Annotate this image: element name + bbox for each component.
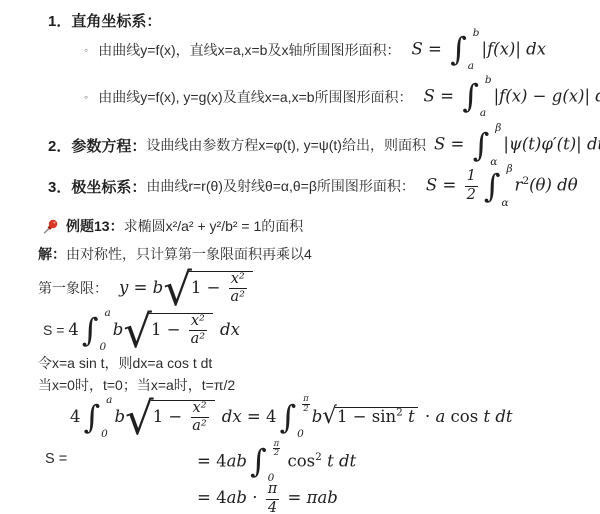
solve-label: 解： — [38, 244, 66, 264]
bullet-item-two-curves: ◦ 由曲线y=f(x), y=g(x)及直线x=a,x=b所围图形面积： S =… — [84, 73, 600, 120]
formula-area-between-curves: S = ∫ba|f(x) − g(x)| dx — [424, 76, 600, 118]
substituted-integral-line: 4∫a0b√1 − x²a² dx = 4∫π20b√1 − sin2 t · … — [70, 392, 513, 442]
formula-polar-area: S = 12∫βαr2(θ) dθ — [426, 165, 578, 207]
bullet-text: 由曲线y=f(x), y=g(x)及直线x=a,x=b所围图形面积： — [98, 87, 412, 107]
bullet-icon: ◦ — [84, 90, 88, 104]
final-s-label-line: S = — [45, 449, 67, 469]
formula-substituted-integral: 4∫a0b√1 − x²a² dx = 4∫π20b√1 − sin2 t · … — [70, 395, 513, 440]
bullet-item-curve-xaxis: ◦ 由曲线y=f(x)，直线x=a,x=b及x轴所围图形面积： S = ∫ba|… — [84, 26, 546, 73]
formula-area-integral: 4∫a0b√1 − x²a² dx — [68, 308, 240, 353]
notes-page: 1．直角坐标系： ◦ 由曲线y=f(x)，直线x=a,x=b及x轴所围图形面积：… — [0, 0, 600, 514]
final-s-label: S = — [45, 451, 67, 467]
area-setup-line: S = 4∫a0b√1 − x²a² dx — [43, 306, 240, 354]
pushpin-icon — [42, 218, 59, 235]
substitution-line: 令x=a sin t，则dx=a cos t dt — [38, 353, 212, 373]
formula-parametric-area: S = ∫βα|ψ(t)φ′(t)| dt — [434, 124, 600, 166]
aligned-eq-1: = 4ab∫π20 cos2 t dt — [197, 438, 356, 485]
formula-quadrant-curve: y = b√1 − x²a² — [119, 266, 255, 311]
substitution-text: 令x=a sin t，则dx=a cos t dt — [38, 353, 212, 373]
formula-final-result: = 4ab · π4 = πab — [197, 482, 338, 514]
section-parametric-text: 设曲线由参数方程x=φ(t), y=ψ(t)给出，则面积 — [146, 135, 426, 155]
example-problem: 求椭圆x²/a² + y²/b² = 1的面积 — [124, 216, 304, 236]
solution-line: 解： 由对称性，只计算第一象限面积再乘以4 — [38, 244, 312, 264]
section-polar-text: 由曲线r=r(θ)及射线θ=α,θ=β所围图形面积： — [146, 176, 415, 196]
example-title: 例题13： — [66, 216, 124, 236]
s-label: S = — [43, 322, 68, 338]
aligned-eq-2: = 4ab · π4 = πab — [197, 485, 338, 513]
section-parametric-title: 2．参数方程： — [48, 135, 146, 156]
bullet-icon: ◦ — [84, 43, 88, 57]
quadrant-label: 第一象限： — [38, 278, 108, 298]
solve-text: 由对称性，只计算第一象限面积再乘以4 — [66, 244, 312, 264]
section-polar-title: 3．极坐标系： — [48, 176, 146, 197]
formula-cos-squared-integral: = 4ab∫π20 cos2 t dt — [197, 441, 356, 483]
formula-area-under-curve: S = ∫ba|f(x)| dx — [411, 29, 546, 71]
section-polar: 3．极坐标系： 由曲线r=r(θ)及射线θ=α,θ=β所围图形面积： S = 1… — [48, 162, 578, 210]
bullet-text: 由曲线y=f(x)，直线x=a,x=b及x轴所围图形面积： — [98, 40, 400, 60]
example-13-header: 例题13： 求椭圆x²/a² + y²/b² = 1的面积 — [42, 215, 303, 237]
